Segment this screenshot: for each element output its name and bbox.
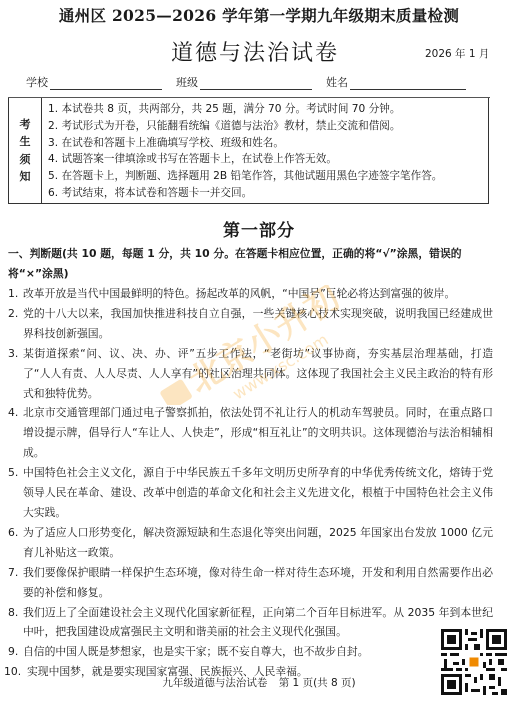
class-field[interactable]: 班级 xyxy=(176,74,312,90)
question-item: 2.党的十八大以来，我国加快推进科技自立自强，一些关键核心技术实现突破，说明我国… xyxy=(8,304,493,344)
notice-item: 6. 考试结束，将本试卷和答题卡一并交回。 xyxy=(48,185,488,202)
name-label: 姓名 xyxy=(326,74,348,90)
question-text: 某街道探索“问、议、决、办、评”五步工作法，“老街坊”议事协商，夯实基层治理基础… xyxy=(23,347,493,400)
notice-items: 1. 本试卷共 8 页，共两部分，共 25 题，满分 70 分。考试时间 70 … xyxy=(42,98,488,203)
notice-label-char: 考 xyxy=(20,116,31,133)
question-text: 为了适应人口形势变化，解决资源短缺和生态退化等突出问题，2025 年国家出台发放… xyxy=(23,526,493,559)
class-input-line[interactable] xyxy=(200,77,312,90)
exam-notice-box: 考 生 须 知 1. 本试卷共 8 页，共两部分，共 25 题，满分 70 分。… xyxy=(8,98,489,204)
name-input-line[interactable] xyxy=(350,77,466,90)
question-text: 我们要像保护眼睛一样保护生态环境，像对待生命一样对待生态环境，开发和利用自然需要… xyxy=(23,566,493,599)
school-label: 学校 xyxy=(26,74,48,90)
notice-item: 2. 考试形式为开卷，只能翻看统编《道德与法治》教材，禁止交流和借阅。 xyxy=(48,118,488,135)
question-number: 6. xyxy=(8,523,18,543)
question-text: 改革开放是当代中国最鲜明的特色。扬起改革的风帆，“中国号”巨轮必将达到富强的彼岸… xyxy=(23,287,455,300)
question-item: 3.某街道探索“问、议、决、办、评”五步工作法，“老街坊”议事协商，夯实基层治理… xyxy=(8,344,493,404)
student-info-row: 学校 班级 姓名 xyxy=(26,74,486,90)
question-number: 2. xyxy=(8,304,18,324)
question-item: 4.北京市交通管理部门通过电子警察抓拍，依法处罚不礼让行人的机动车驾驶员。同时，… xyxy=(8,403,493,463)
question-list: 1.改革开放是当代中国最鲜明的特色。扬起改革的风帆，“中国号”巨轮必将达到富强的… xyxy=(8,284,493,682)
notice-item: 3. 在试卷和答题卡上准确填写学校、班级和姓名。 xyxy=(48,135,488,152)
question-text: 北京市交通管理部门通过电子警察抓拍，依法处罚不礼让行人的机动车驾驶员。同时，在重… xyxy=(23,406,493,459)
question-number: 4. xyxy=(8,403,18,423)
class-label: 班级 xyxy=(176,74,198,90)
exam-title: 通州区 2025—2026 学年第一学期九年级期末质量检测 xyxy=(0,4,518,26)
footer-page-info: 第 1 页(共 8 页) xyxy=(279,677,356,689)
notice-label-char: 知 xyxy=(20,168,31,185)
question-item: 7.我们要像保护眼睛一样保护生态环境，像对待生命一样对待生态环境，开发和利用自然… xyxy=(8,563,493,603)
notice-item: 1. 本试卷共 8 页，共两部分，共 25 题，满分 70 分。考试时间 70 … xyxy=(48,101,488,118)
notice-item: 5. 在答题卡上，判断题、选择题用 2B 铅笔作答，其他试题用黑色字迹签字笔作答… xyxy=(48,168,488,185)
question-text: 中国特色社会主义文化，源自于中华民族五千多年文明历史所孕育的中华优秀传统文化，熔… xyxy=(23,466,493,519)
name-field[interactable]: 姓名 xyxy=(326,74,466,90)
school-field[interactable]: 学校 xyxy=(26,74,162,90)
qr-center-logo-icon xyxy=(470,658,479,667)
footer-doc-name: 九年级道德与法治试卷 xyxy=(162,677,267,689)
question-item: 8.我们迈上了全面建设社会主义现代化国家新征程，正向第二个百年目标进军。从 20… xyxy=(8,603,493,643)
school-input-line[interactable] xyxy=(50,77,162,90)
question-number: 7. xyxy=(8,563,18,583)
question-item: 9.自信的中国人既是梦想家，也是实干家；既不妄自尊大，也不故步自封。 xyxy=(8,642,493,662)
question-item: 1.改革开放是当代中国最鲜明的特色。扬起改革的风帆，“中国号”巨轮必将达到富强的… xyxy=(8,284,493,304)
notice-label: 考 生 须 知 xyxy=(9,98,42,203)
question-number: 3. xyxy=(8,344,18,364)
question-item: 6.为了适应人口形势变化，解决资源短缺和生态退化等突出问题，2025 年国家出台… xyxy=(8,523,493,563)
subject-title: 道德与法治试卷 xyxy=(160,36,350,67)
question-text: 我们迈上了全面建设社会主义现代化国家新征程，正向第二个百年目标进军。从 2035… xyxy=(23,606,493,639)
notice-item: 4. 试题答案一律填涂或书写在答题卡上，在试卷上作答无效。 xyxy=(48,151,488,168)
question-number: 1. xyxy=(8,284,18,304)
question-text: 党的十八大以来，我国加快推进科技自立自强，一些关键核心技术实现突破，说明我国已经… xyxy=(23,307,493,340)
part-title: 第一部分 xyxy=(0,216,518,241)
question-number: 8. xyxy=(8,603,18,623)
notice-label-char: 生 xyxy=(20,133,31,150)
section-heading: 一、判断题(共 10 题，每题 1 分，共 10 分。在答题卡相应位置，正确的将… xyxy=(8,244,490,284)
qr-code-icon[interactable] xyxy=(441,628,507,696)
question-number: 5. xyxy=(8,463,18,483)
question-item: 5.中国特色社会主义文化，源自于中华民族五千多年文明历史所孕育的中华优秀传统文化… xyxy=(8,463,493,523)
exam-date: 2026 年 1 月 xyxy=(425,46,489,61)
notice-label-char: 须 xyxy=(20,151,31,168)
question-number: 9. xyxy=(8,642,18,662)
question-text: 自信的中国人既是梦想家，也是实干家；既不妄自尊大，也不故步自封。 xyxy=(23,645,369,658)
